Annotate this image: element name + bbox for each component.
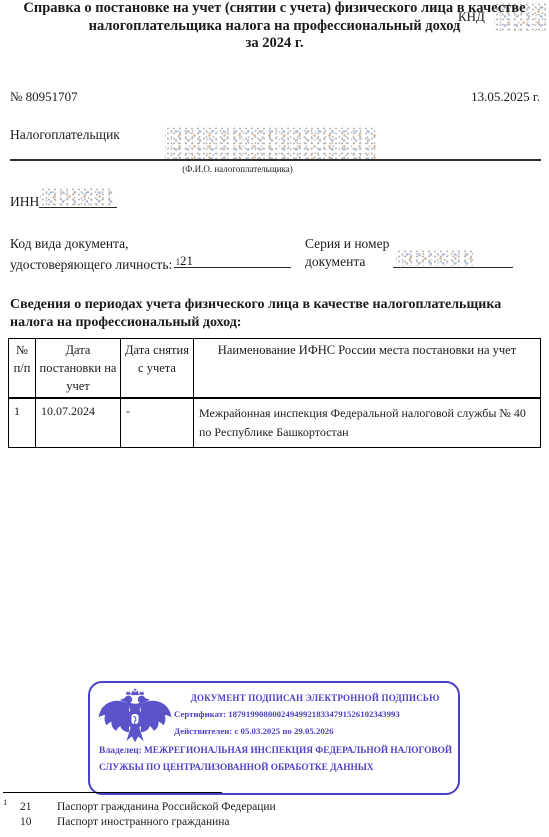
series-label-line1: Серия и номер xyxy=(305,235,389,253)
footnote-text-1: Паспорт гражданина Российской Федерации xyxy=(57,801,276,813)
footnote-text-2: Паспорт иностранного гражданина xyxy=(57,816,230,828)
taxpayer-name-line xyxy=(10,159,541,161)
footnote-item-1: 21Паспорт гражданина Российской Федераци… xyxy=(20,800,276,814)
identity-code-label-line2: удостоверяющего личность: 1 xyxy=(10,253,180,274)
cell-ifns-name: Межрайонная инспекция Федеральной налого… xyxy=(194,398,541,448)
redacted-taxpayer-name xyxy=(165,126,377,159)
stamp-owner: Владелец: МЕЖРЕГИОНАЛЬНАЯ ИНСПЕКЦИЯ ФЕДЕ… xyxy=(99,743,451,777)
title-line-2: налогоплательщика налога на профессионал… xyxy=(0,18,549,36)
document-title: Справка о постановке на учет (снятии с у… xyxy=(0,0,549,53)
periods-heading-line2: налога на профессиональный доход: xyxy=(10,314,501,332)
taxpayer-label: Налогоплательщик xyxy=(10,127,120,143)
header-row-number: № п/п xyxy=(9,339,36,399)
series-underline xyxy=(393,267,513,268)
document-number: № 80951707 xyxy=(10,89,78,105)
footnote-code-1: 21 xyxy=(20,800,57,814)
footnote-ref: 1 xyxy=(3,797,7,807)
footnote-item-2: 10Паспорт иностранного гражданина xyxy=(20,815,230,829)
stamp-title: ДОКУМЕНТ ПОДПИСАН ЭЛЕКТРОННОЙ ПОДПИСЬЮ xyxy=(174,693,456,703)
title-line-1: Справка о постановке на учет (снятии с у… xyxy=(0,0,549,18)
series-label-line2: документа xyxy=(305,253,389,271)
certificate-document: КНД Справка о постановке на учет (снятии… xyxy=(0,0,549,837)
periods-table: № п/п Дата постановки на учет Дата сняти… xyxy=(8,338,541,448)
coat-of-arms-icon xyxy=(96,687,174,743)
redacted-inn-value xyxy=(40,187,113,206)
cell-row-number: 1 xyxy=(9,398,36,448)
stamp-validity: Действителен: с 05.03.2025 по 29.05.2026 xyxy=(174,726,456,736)
inn-label: ИНН xyxy=(10,194,39,210)
header-dereg-date: Дата снятия с учета xyxy=(121,339,194,399)
cell-reg-date: 10.07.2024 xyxy=(36,398,121,448)
periods-section-heading: Сведения о периодах учета физического ли… xyxy=(10,296,501,332)
identity-code-label: Код вида документа, удостоверяющего личн… xyxy=(10,235,180,274)
document-date: 13.05.2025 г. xyxy=(471,89,540,105)
identity-code-label-line1: Код вида документа, xyxy=(10,235,180,253)
taxpayer-caption: (Ф.И.О. налогоплательщика) xyxy=(90,164,385,174)
title-line-3: за 2024 г. xyxy=(0,35,549,53)
table-header-row: № п/п Дата постановки на учет Дата сняти… xyxy=(9,339,541,399)
footnote-separator xyxy=(3,792,222,793)
stamp-certificate: Сертификат: 1879199080002494992183347915… xyxy=(174,709,456,719)
header-reg-date: Дата постановки на учет xyxy=(36,339,121,399)
periods-heading-line1: Сведения о периодах учета физического ли… xyxy=(10,296,501,314)
e-signature-stamp: ДОКУМЕНТ ПОДПИСАН ЭЛЕКТРОННОЙ ПОДПИСЬЮ С… xyxy=(88,681,460,795)
table-row: 1 10.07.2024 - Межрайонная инспекция Фед… xyxy=(9,398,541,448)
inn-underline xyxy=(39,207,117,208)
stamp-owner-line2: СЛУЖБЫ ПО ЦЕНТРАЛИЗОВАННОЙ ОБРАБОТКЕ ДАН… xyxy=(99,760,451,777)
cell-dereg-date: - xyxy=(121,398,194,448)
stamp-owner-line1: Владелец: МЕЖРЕГИОНАЛЬНАЯ ИНСПЕКЦИЯ ФЕДЕ… xyxy=(99,743,451,760)
identity-code-underline xyxy=(174,267,291,268)
series-label: Серия и номер документа xyxy=(305,235,389,271)
redacted-series-value xyxy=(396,249,473,266)
footnote-code-2: 10 xyxy=(20,815,57,829)
header-ifns-name: Наименование ИФНС России места постановк… xyxy=(194,339,541,399)
